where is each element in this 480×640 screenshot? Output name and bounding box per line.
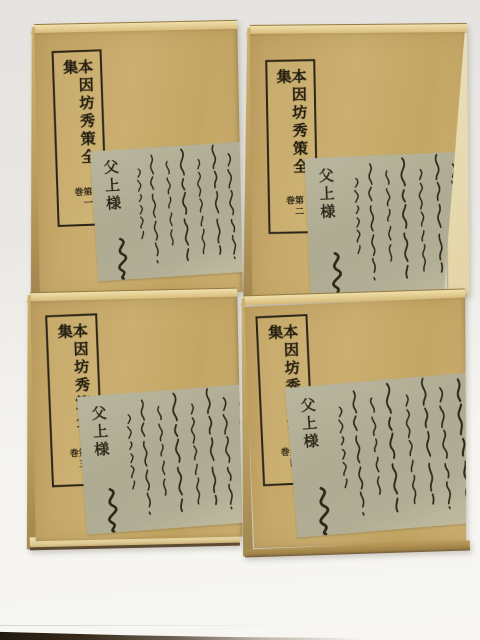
book-volume-3: 本因坊秀策全集 第三巻 父上様 xyxy=(21,288,243,551)
floor-seam-line xyxy=(0,625,300,626)
letter-print: 父上様 xyxy=(305,151,470,299)
book-cover: 本因坊秀策全集 第三巻 父上様 xyxy=(30,297,242,542)
photo-of-book-set: 本因坊秀策全集 第一巻 父上様 本因坊秀策全集 第二巻 xyxy=(0,0,480,640)
volume-label: 第二巻 xyxy=(284,195,303,227)
letter-print: 父上様 xyxy=(285,373,473,538)
letter-print: 父上様 xyxy=(90,141,243,281)
letter-salutation: 父上様 xyxy=(102,159,120,214)
book-volume-2: 本因坊秀策全集 第二巻 父上様 xyxy=(241,23,469,301)
book-volume-4: 本因坊秀策全集 第四巻 父上様 xyxy=(235,288,473,557)
letter-salutation: 父上様 xyxy=(317,167,334,222)
book-cover: 本因坊秀策全集 第二巻 父上様 xyxy=(250,32,469,301)
letter-salutation: 父上様 xyxy=(90,405,109,460)
title-calligraphy: 本因坊秀策全集 xyxy=(275,68,307,188)
letter-salutation: 父上様 xyxy=(299,396,318,451)
book-cover: 本因坊秀策全集 第四巻 父上様 xyxy=(244,297,473,548)
table-edge-strip xyxy=(0,631,395,640)
book-volume-1: 本因坊秀策全集 第一巻 父上様 xyxy=(25,20,243,296)
volume-label: 第一巻 xyxy=(72,187,91,219)
letter-print: 父上様 xyxy=(77,384,243,535)
book-cover: 本因坊秀策全集 第一巻 父上様 xyxy=(34,29,242,296)
